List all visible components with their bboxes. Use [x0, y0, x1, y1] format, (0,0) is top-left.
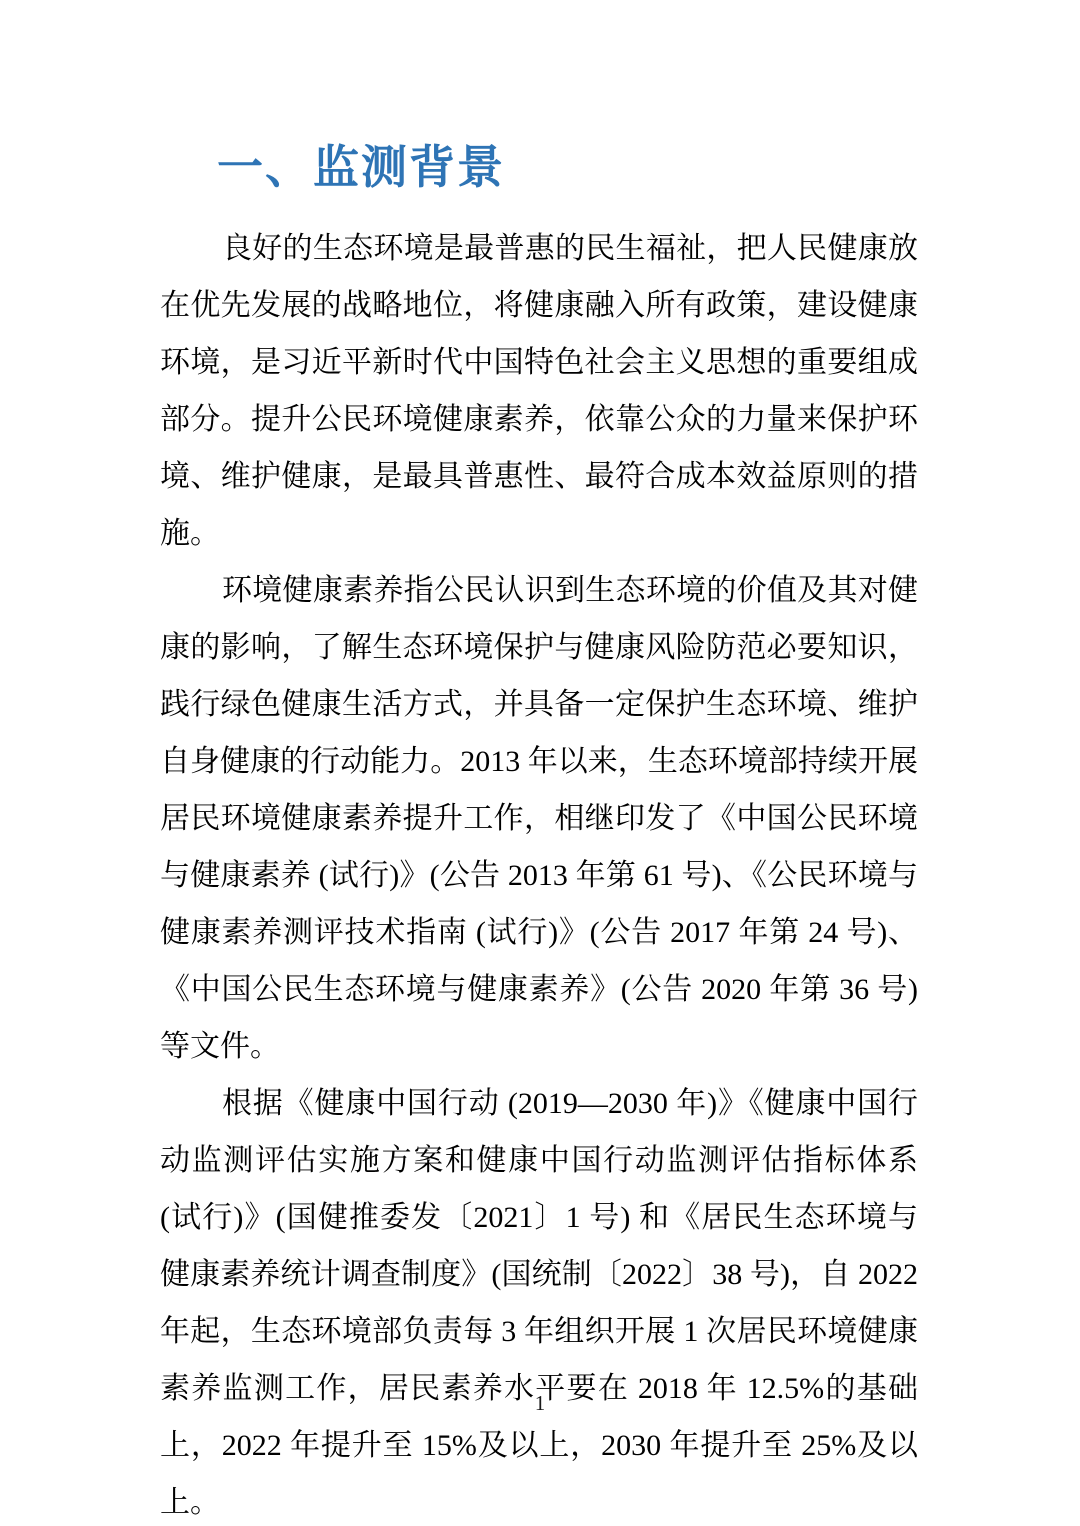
document-page: 一、监测背景 良好的生态环境是最普惠的民生福祉，把人民健康放在优先发展的战略地位… — [0, 0, 1080, 1526]
body-paragraph-1: 良好的生态环境是最普惠的民生福祉，把人民健康放在优先发展的战略地位，将健康融入所… — [160, 220, 918, 562]
page-number: 1 — [0, 1388, 1080, 1418]
body-paragraph-3: 根据《健康中国行动 (2019—2030 年)》《健康中国行动监测评估实施方案和… — [160, 1075, 918, 1526]
body-paragraph-2: 环境健康素养指公民认识到生态环境的价值及其对健康的影响，了解生态环境保护与健康风… — [160, 562, 918, 1075]
page-content: 一、监测背景 良好的生态环境是最普惠的民生福祉，把人民健康放在优先发展的战略地位… — [160, 138, 918, 1526]
section-heading: 一、监测背景 — [160, 138, 918, 196]
